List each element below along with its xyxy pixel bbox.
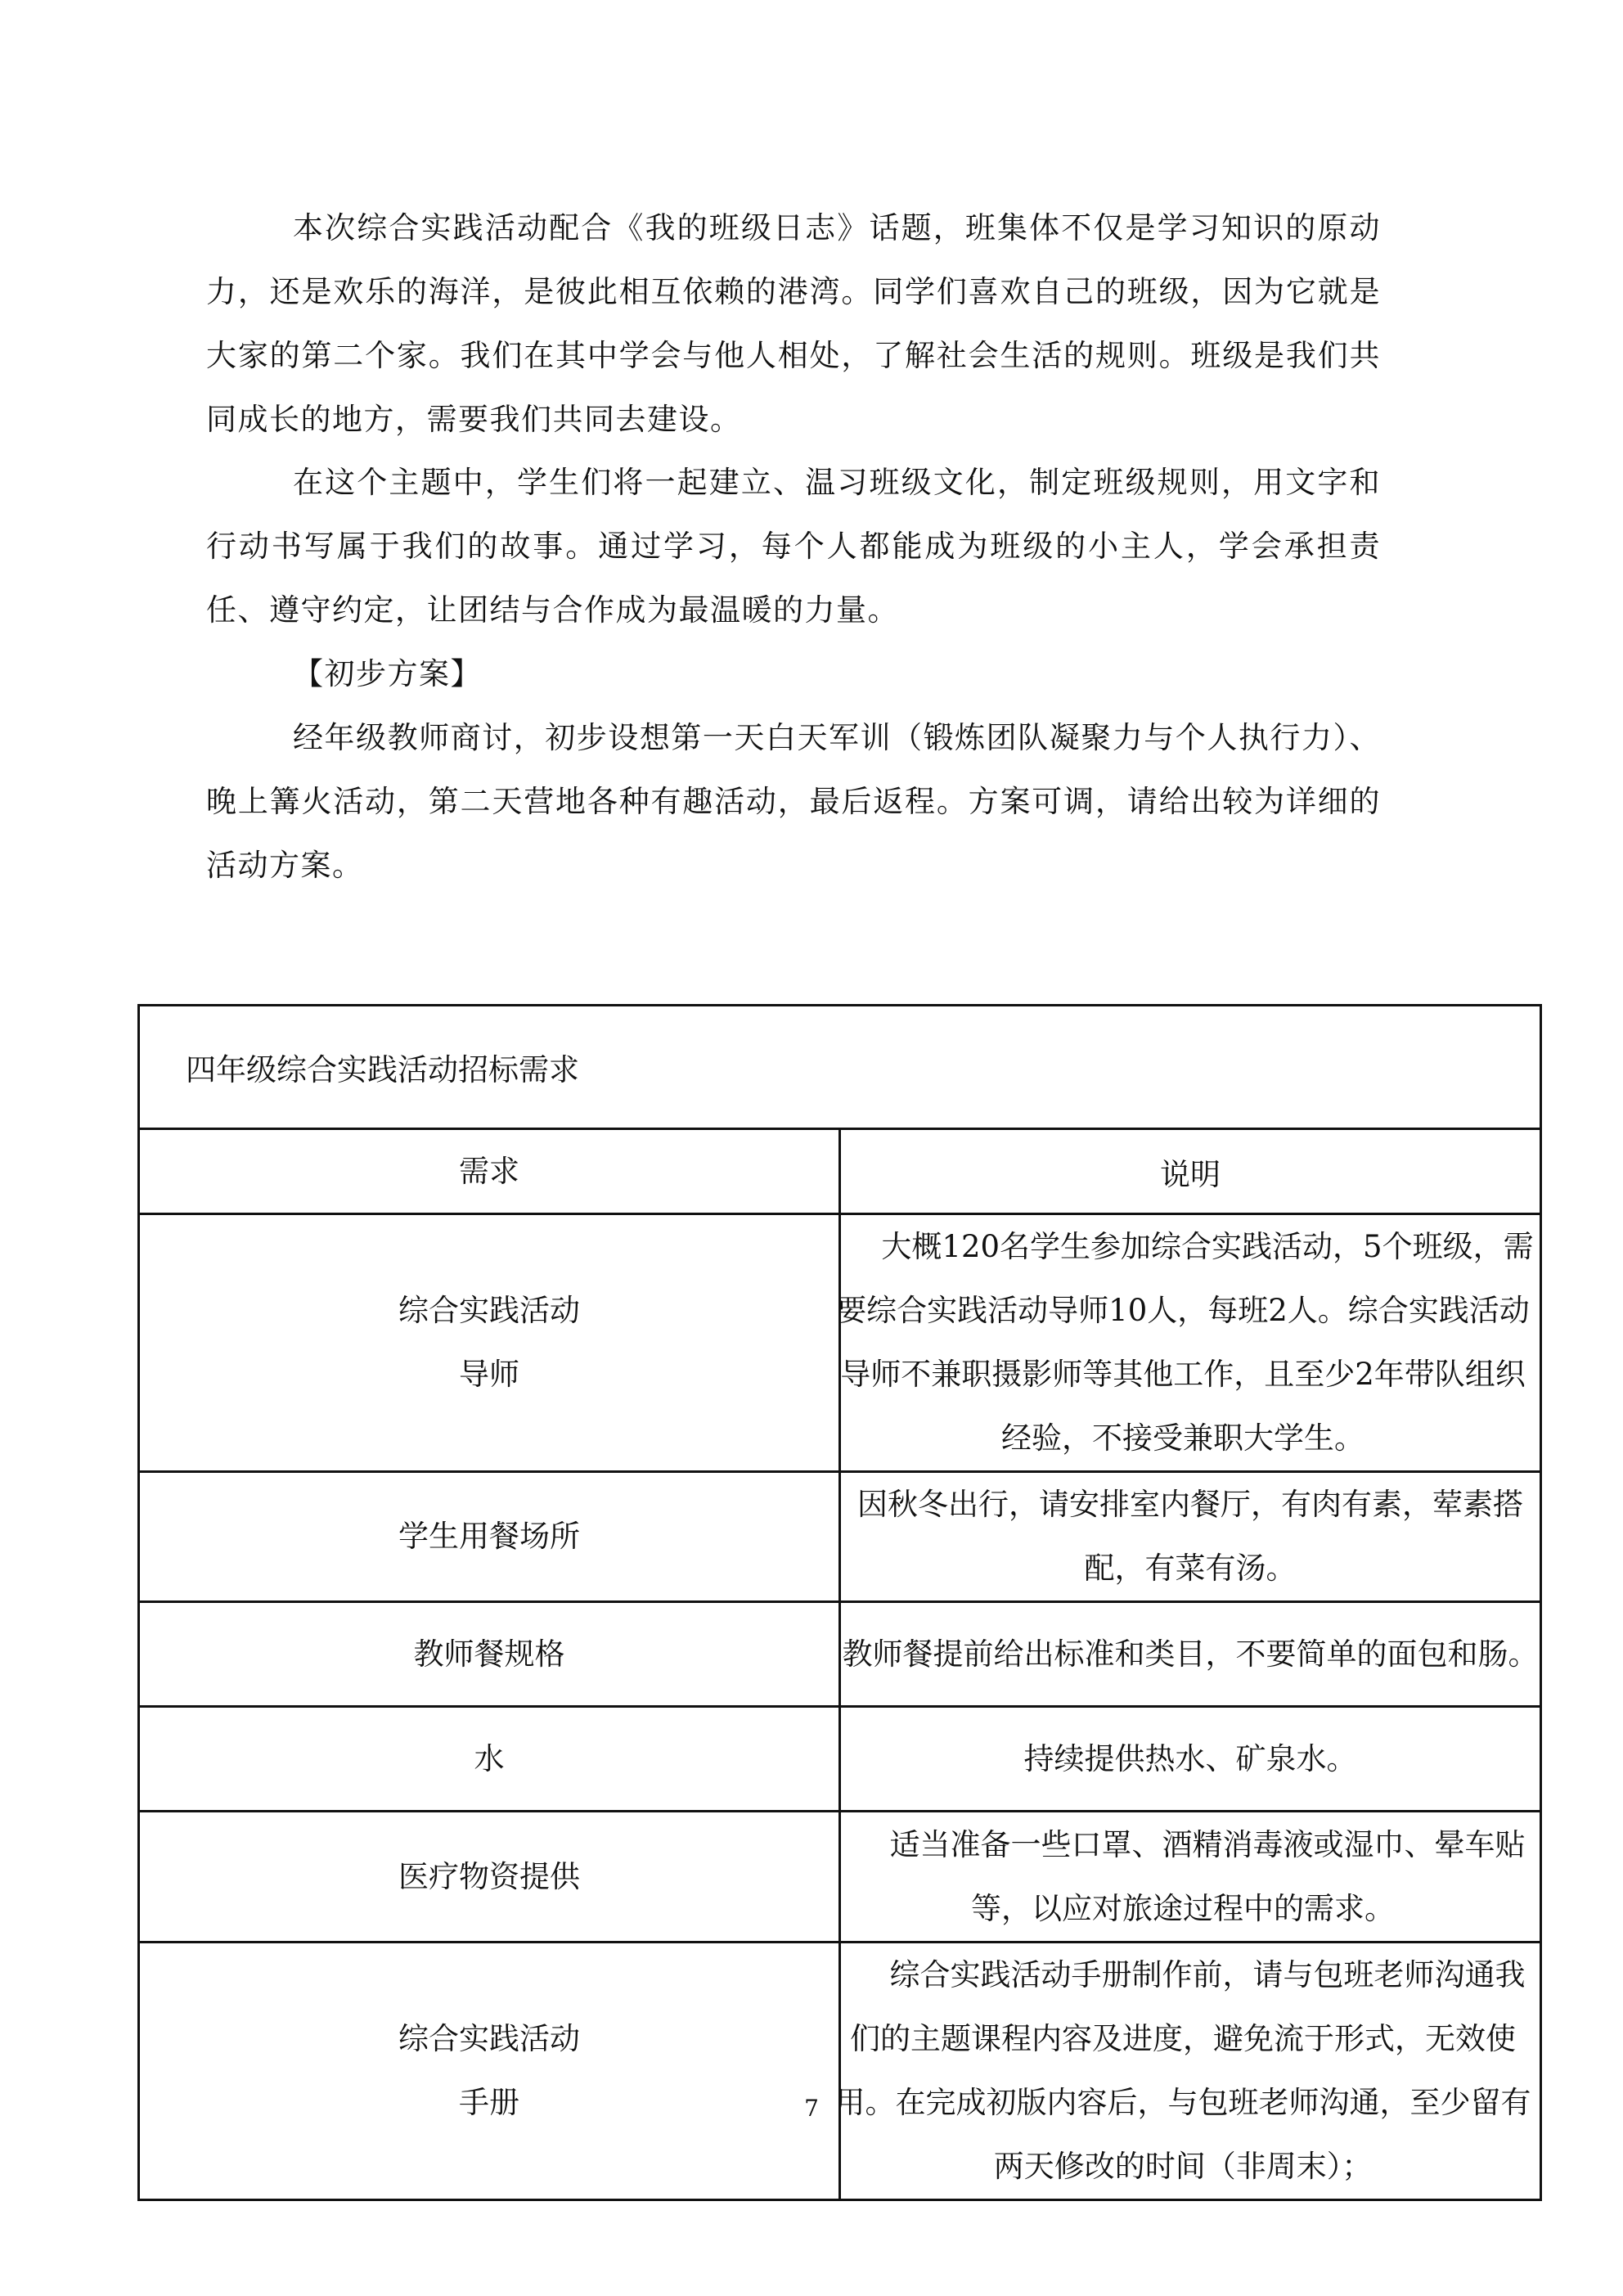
column-header-description: 说明 (840, 1129, 1541, 1214)
table-title: 四年级综合实践活动招标需求 (139, 1006, 1541, 1129)
table-row: 学生用餐场所 因秋冬出行，请安排室内餐厅，有肉有素，荤素搭配，有菜有汤。 (139, 1472, 1541, 1602)
theme-paragraph: 在这个主题中，学生们将一起建立、温习班级文化，制定班级规则，用文字和行动书写属于… (206, 451, 1381, 642)
intro-paragraph: 本次综合实践活动配合《我的班级日志》话题，班集体不仅是学习知识的原动力，还是欢乐… (206, 196, 1381, 452)
need-cell: 教师餐规格 (139, 1602, 840, 1707)
need-cell: 医疗物资提供 (139, 1812, 840, 1943)
table-title-row: 四年级综合实践活动招标需求 (139, 1006, 1541, 1129)
table-row: 水 持续提供热水、矿泉水。 (139, 1707, 1541, 1812)
column-header-need: 需求 (139, 1129, 840, 1214)
description-cell: 适当准备一些口罩、酒精消毒液或湿巾、晕车贴等，以应对旅途过程中的需求。 (840, 1812, 1541, 1943)
table-header-row: 需求 说明 (139, 1129, 1541, 1214)
table-row: 医疗物资提供 适当准备一些口罩、酒精消毒液或湿巾、晕车贴等，以应对旅途过程中的需… (139, 1812, 1541, 1943)
need-cell: 综合实践活动手册 (139, 1943, 840, 2200)
plan-paragraph: 经年级教师商讨，初步设想第一天白天军训（锻炼团队凝聚力与个人执行力）、晚上篝火活… (206, 706, 1381, 898)
description-cell: 大概120名学生参加综合实践活动，5个班级，需要综合实践活动导师10人，每班2人… (840, 1214, 1541, 1472)
description-cell: 持续提供热水、矿泉水。 (840, 1707, 1541, 1812)
requirements-table: 四年级综合实践活动招标需求 需求 说明 综合实践活动导师 大概120名学生参加综… (137, 1004, 1542, 2201)
description-text: 适当准备一些口罩、酒精消毒液或湿巾、晕车贴等，以应对旅途过程中的需求。 (840, 1813, 1537, 1941)
description-text: 大概120名学生参加综合实践活动，5个班级，需要综合实践活动导师10人，每班2人… (840, 1215, 1537, 1470)
table-row: 综合实践活动导师 大概120名学生参加综合实践活动，5个班级，需要综合实践活动导… (139, 1214, 1541, 1472)
need-label: 综合实践活动导师 (395, 1279, 583, 1407)
section-heading-initial-plan: 【初步方案】 (206, 642, 1381, 706)
table-row: 教师餐规格 教师餐提前给出标准和类目，不要简单的面包和肠。 (139, 1602, 1541, 1707)
description-cell: 教师餐提前给出标准和类目，不要简单的面包和肠。 (840, 1602, 1541, 1707)
description-text: 综合实践活动手册制作前，请与包班老师沟通我们的主题课程内容及进度，避免流于形式，… (840, 1943, 1537, 2199)
table-row: 综合实践活动手册 综合实践活动手册制作前，请与包班老师沟通我们的主题课程内容及进… (139, 1943, 1541, 2200)
need-cell: 学生用餐场所 (139, 1472, 840, 1602)
description-cell: 综合实践活动手册制作前，请与包班老师沟通我们的主题课程内容及进度，避免流于形式，… (840, 1943, 1541, 2200)
need-cell: 水 (139, 1707, 840, 1812)
description-cell: 因秋冬出行，请安排室内餐厅，有肉有素，荤素搭配，有菜有汤。 (840, 1472, 1541, 1602)
need-cell: 综合实践活动导师 (139, 1214, 840, 1472)
page-number: 7 (0, 2095, 1623, 2122)
